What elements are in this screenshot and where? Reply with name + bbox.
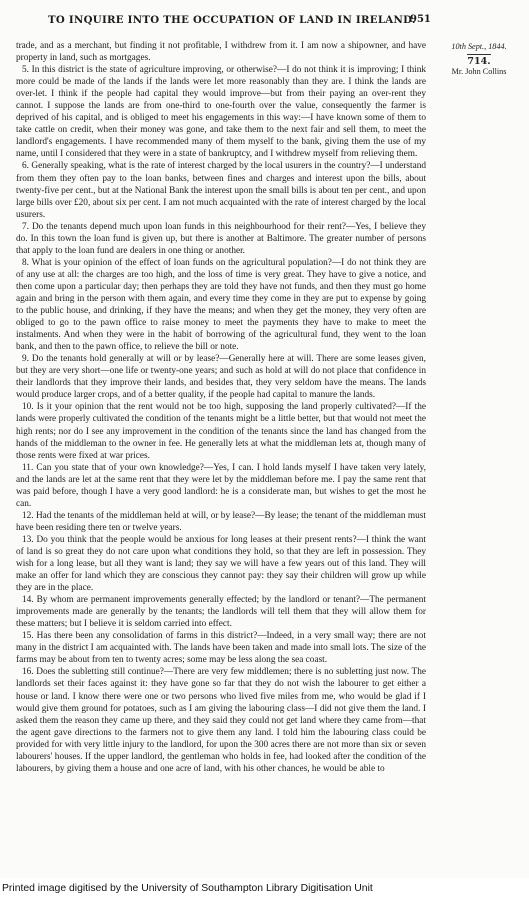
question-10: 10. Is it your opinion that the rent wou…	[16, 401, 426, 461]
margin-note: 10th Sept., 1844. 714. Mr. John Collins	[434, 42, 524, 76]
body-text: trade, and as a merchant, but finding it…	[16, 40, 426, 775]
question-13: 13. Do you think that the people would b…	[16, 534, 426, 594]
question-15: 15. Has there been any consolidation of …	[16, 630, 426, 666]
margin-date: 10th Sept., 1844.	[434, 42, 524, 51]
question-8: 8. What is your opinion of the effect of…	[16, 257, 426, 353]
scanned-page: TO INQUIRE INTO THE OCCUPATION OF LAND I…	[0, 0, 529, 878]
witness-name: Mr. John Collins	[434, 67, 524, 76]
running-header: TO INQUIRE INTO THE OCCUPATION OF LAND I…	[48, 14, 428, 26]
paragraph-continuation: trade, and as a merchant, but finding it…	[16, 40, 426, 64]
margin-divider	[467, 54, 491, 55]
witness-number: 714.	[434, 56, 524, 67]
question-6: 6. Generally speaking, what is the rate …	[16, 160, 426, 220]
digitisation-credit: Printed image digitised by the Universit…	[2, 883, 373, 894]
question-7: 7. Do the tenants depend much upon loan …	[16, 221, 426, 257]
question-14: 14. By whom are permanent improvements g…	[16, 594, 426, 630]
question-12: 12. Had the tenants of the middleman hel…	[16, 510, 426, 534]
question-9: 9. Do the tenants hold generally at will…	[16, 353, 426, 401]
question-5: 5. In this district is the state of agri…	[16, 64, 426, 160]
page-number: 951	[410, 14, 431, 25]
question-11: 11. Can you state that of your own knowl…	[16, 462, 426, 510]
question-16: 16. Does the subletting still continue?—…	[16, 666, 426, 774]
